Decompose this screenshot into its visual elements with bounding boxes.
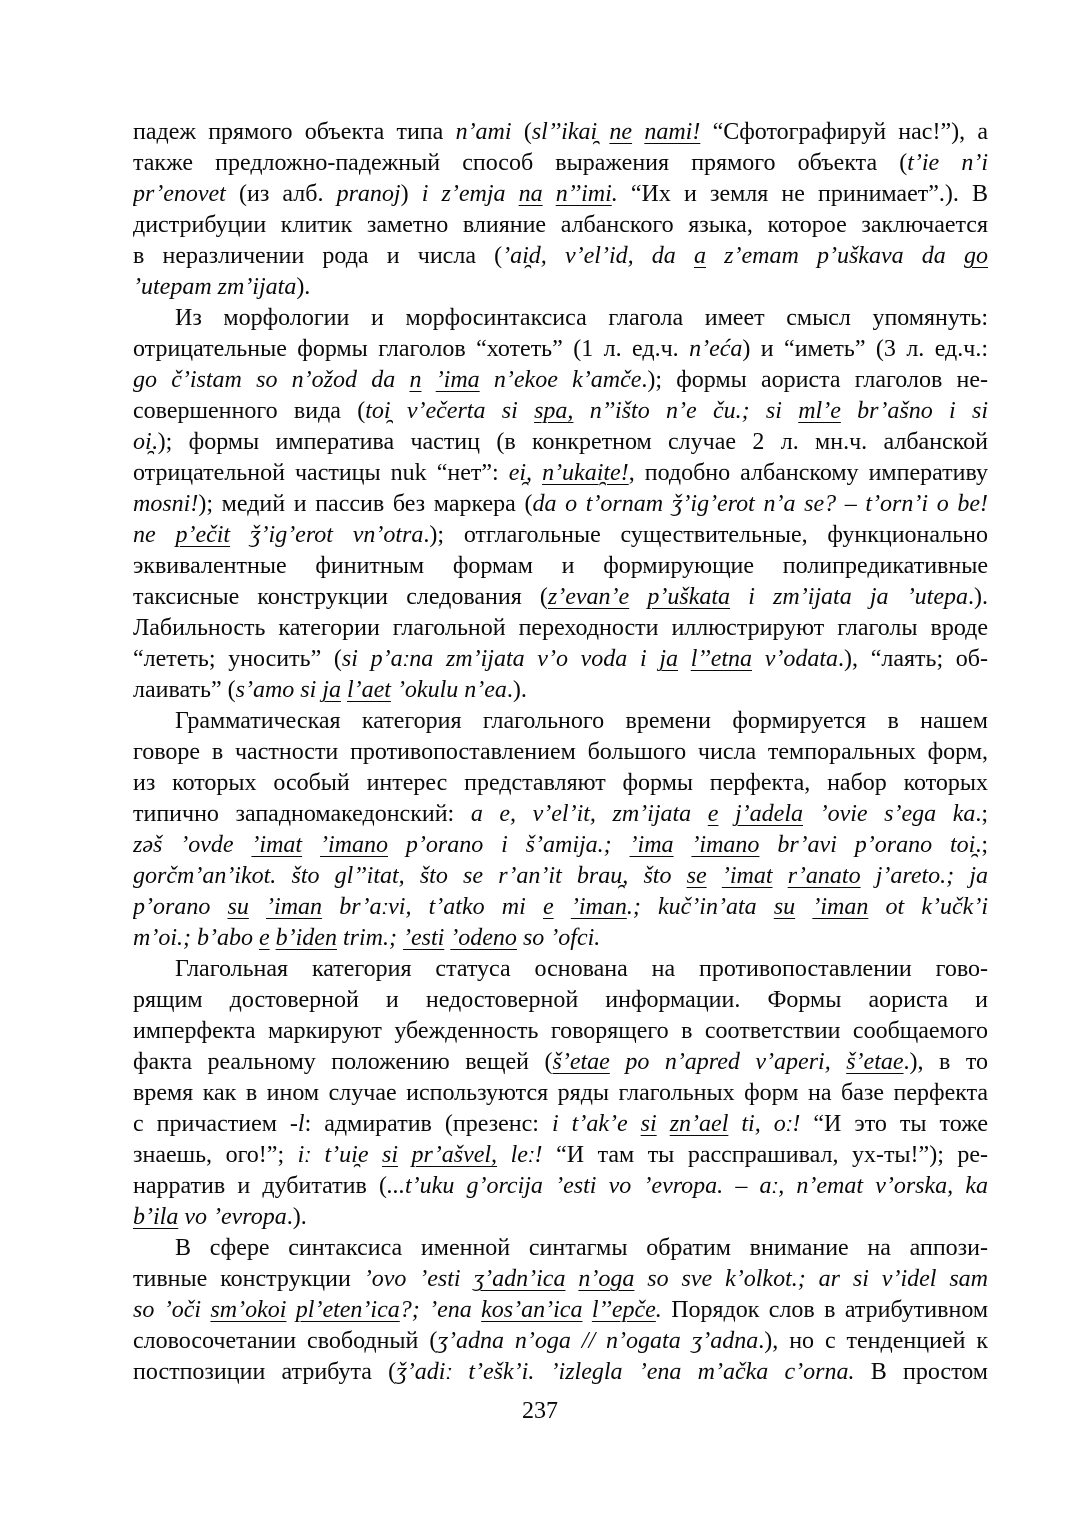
text-run bbox=[657, 1111, 670, 1137]
paragraph: Из морфологии и морфосинтаксиса глагола … bbox=[133, 303, 988, 706]
text-run: Грамматическая категория глагольного вре… bbox=[175, 708, 988, 734]
text-line: go č’istam so n’ožod da n ’ima n’ekoe k’… bbox=[133, 365, 988, 396]
text-line: p’orano su ’iman br’aːvi, t’atko mi e ’i… bbox=[133, 892, 988, 923]
text-run: ...t’uku g’orcija ’esti vo ’evropa. – aː… bbox=[387, 1173, 988, 1199]
text-run: Лабильность категории глагольной переход… bbox=[133, 615, 988, 641]
text-run: mosni! bbox=[133, 491, 198, 517]
text-line: “лететь; уносить” (si p’aːna zm’ijata v’… bbox=[133, 644, 988, 675]
text-run: отрицательной частицы nuk “нет”: bbox=[133, 460, 509, 486]
text-run: ’odeno bbox=[450, 925, 517, 951]
text-line: нарратив и дубитатив (...t’uku g’orcija … bbox=[133, 1171, 988, 1202]
text-line: отрицательные формы глаголов “хотеть” (1… bbox=[133, 334, 988, 365]
text-run: ’ai̯d, v’el’id, da bbox=[502, 243, 694, 269]
text-line: ne p’ečit ǯ’ig’erot vn’otra.); отглаголь… bbox=[133, 520, 988, 551]
text-run: p’orano bbox=[133, 894, 228, 920]
page-number: 237 bbox=[0, 1396, 1080, 1427]
document-page: падеж прямого объекта типа n’ami (sl’’ik… bbox=[0, 0, 1080, 1536]
text-run: n’oga bbox=[578, 1266, 634, 1292]
text-line: совершенного вида (toi̯ v’ečerta si spa,… bbox=[133, 396, 988, 427]
text-line: m’oi.; b’abo e b’iden trim.; ’esti ’oden… bbox=[133, 923, 988, 954]
text-run: se bbox=[687, 863, 707, 889]
text-run: pl’eten’ica bbox=[296, 1297, 400, 1323]
text-line: факта реальному положению вещей (š’etae … bbox=[133, 1047, 988, 1078]
text-run: .); формы императива частиц (в конкретно… bbox=[152, 429, 988, 455]
text-run: “Сфотографируй нас!”), а bbox=[700, 119, 988, 145]
text-run: si bbox=[382, 1142, 398, 1168]
text-line: постпозиции атрибута (ǯ’adiː t’ešk’i. ’i… bbox=[133, 1357, 988, 1388]
text-run: b’iden bbox=[276, 925, 337, 951]
text-run bbox=[543, 181, 556, 207]
text-run: “Их и земля не принимает”.). В bbox=[631, 181, 988, 207]
text-line: В сфере синтаксиса именной синтагмы обра… bbox=[133, 1233, 988, 1264]
text-line: отрицательной частицы nuk “нет”: ei̯, n’… bbox=[133, 458, 988, 489]
text-run: В сфере синтаксиса именной синтагмы обра… bbox=[175, 1235, 988, 1261]
paragraph: падеж прямого объекта типа n’ami (sl’’ik… bbox=[133, 117, 988, 303]
text-run: ʒ’adn’ica bbox=[474, 1266, 566, 1292]
text-run: š’etae bbox=[846, 1049, 903, 1075]
text-run: ) и “иметь” (3 л. ед.ч.: bbox=[742, 336, 988, 362]
text-line: падеж прямого объекта типа n’ami (sl’’ik… bbox=[133, 117, 988, 148]
text-run: z’emam p’uškava da bbox=[706, 243, 964, 269]
text-run: ’ovie s’ega ka bbox=[803, 801, 975, 827]
text-run: pr’enovet bbox=[133, 181, 226, 207]
text-run: также предложно-падежный способ выражени… bbox=[133, 150, 907, 176]
text-run: n’ami bbox=[456, 119, 512, 145]
text-run: говоре в частности противопоставлением б… bbox=[133, 739, 988, 765]
text-run: ’iman bbox=[266, 894, 322, 920]
text-run: si p’aːna zm’ijata v’o voda i bbox=[342, 646, 659, 672]
text-line: словосочетании свободный (ʒ’adna n’oga /… bbox=[133, 1326, 988, 1357]
text-run: trim.; bbox=[337, 925, 403, 951]
text-run: ’utepam zm’ijata bbox=[133, 274, 296, 300]
text-run: ne bbox=[133, 522, 175, 548]
text-run bbox=[286, 1297, 295, 1323]
text-run: n’eća bbox=[689, 336, 742, 362]
text-run: spa, bbox=[534, 398, 573, 424]
text-run: ja bbox=[322, 677, 341, 703]
text-run: .). bbox=[287, 1204, 307, 1230]
text-run: p’orano i š’amija.; bbox=[388, 832, 630, 858]
text-run: z’evan’e bbox=[548, 584, 629, 610]
text-run: n’ekoe k’amče bbox=[480, 367, 642, 393]
text-run: t’ie n’i bbox=[907, 150, 988, 176]
text-run: таксисные конструкции следования ( bbox=[133, 584, 548, 610]
text-line: b’ila vo ’evropa.). bbox=[133, 1202, 988, 1233]
text-line: лаивать” (s’amo si ja l’aet ’okulu n’ea.… bbox=[133, 675, 988, 706]
text-run: ’ovo ’esti bbox=[364, 1266, 474, 1292]
text-run: vo ’evropa bbox=[178, 1204, 286, 1230]
text-run: pr’ašvel, bbox=[412, 1142, 498, 1168]
text-run: .), но с тенденцией к bbox=[758, 1328, 988, 1354]
text-run: r’anato bbox=[788, 863, 861, 889]
text-run: факта реальному положению вещей ( bbox=[133, 1049, 553, 1075]
text-line: имперфекта маркируют убежденность говоря… bbox=[133, 1016, 988, 1047]
text-run: ( bbox=[512, 119, 532, 145]
text-run: ’imat bbox=[722, 863, 773, 889]
text-run: время как в ином случае используются ряд… bbox=[133, 1080, 988, 1106]
text-run: рящим достоверной и недостоверной информ… bbox=[133, 987, 988, 1013]
text-run: n’’išto n’e ču.; si bbox=[573, 398, 798, 424]
text-run: so sve k’olkot.; ar si v’idel sam bbox=[634, 1266, 988, 1292]
text-run: so ’ofci. bbox=[517, 925, 600, 951]
text-line: so ’oči sm’okoi pl’eten’ica?; ’ena kos’a… bbox=[133, 1295, 988, 1326]
text-run bbox=[795, 894, 812, 920]
text-run: . bbox=[656, 1297, 671, 1323]
text-run: š’etae bbox=[553, 1049, 610, 1075]
text-run: ǯ’adiː t’ešk’i. ’izlegla ’ena m’ačka c’o… bbox=[396, 1359, 871, 1385]
text-run: постпозиции атрибута ( bbox=[133, 1359, 396, 1385]
text-run: типично западномакедонский: bbox=[133, 801, 471, 827]
text-run: pranoj bbox=[337, 181, 401, 207]
text-run: p’ečit bbox=[175, 522, 230, 548]
text-run: .; bbox=[975, 801, 988, 827]
text-run: .), в то bbox=[904, 1049, 988, 1075]
text-run: j’adela bbox=[735, 801, 803, 827]
text-line: таксисные конструкции следования (z’evan… bbox=[133, 582, 988, 613]
text-run: go č’istam so n’ožod da bbox=[133, 367, 409, 393]
text-run bbox=[302, 832, 320, 858]
text-run: ’iman bbox=[571, 894, 627, 920]
text-run: словосочетании свободный ( bbox=[133, 1328, 437, 1354]
text-run: a bbox=[694, 243, 706, 269]
text-run: i z’emja bbox=[422, 181, 519, 207]
text-run: kos’an’ica bbox=[481, 1297, 582, 1323]
text-line: oi̯.); формы императива частиц (в конкре… bbox=[133, 427, 988, 458]
text-run: из которых особый интерес представляют ф… bbox=[133, 770, 988, 796]
text-run: .). bbox=[968, 584, 988, 610]
text-line: с причастием -l: адмиратив (презенс: i t… bbox=[133, 1109, 988, 1140]
text-run: zəš ’ovde bbox=[133, 832, 251, 858]
text-run: s’amo si bbox=[236, 677, 323, 703]
text-run: n’’imi bbox=[556, 181, 612, 207]
text-run: совершенного вида ( bbox=[133, 398, 365, 424]
text-run: ei̯, bbox=[509, 460, 542, 486]
text-line: Лабильность категории глагольной переход… bbox=[133, 613, 988, 644]
text-line: знаешь, ого!”; iː t’ui̯e si pr’ašvel, le… bbox=[133, 1140, 988, 1171]
text-run: ’imano bbox=[691, 832, 759, 858]
text-run: e bbox=[543, 894, 554, 920]
text-line: pr’enovet (из алб. pranoj) i z’emja na n… bbox=[133, 179, 988, 210]
text-run: знаешь, ого!”; bbox=[133, 1142, 298, 1168]
text-run: В простом bbox=[871, 1359, 988, 1385]
text-run: ); медий и пассив без маркера ( bbox=[198, 491, 532, 517]
text-run bbox=[421, 367, 435, 393]
text-run: so ’oči bbox=[133, 1297, 210, 1323]
text-line: zəš ’ovde ’imat ’imano p’orano i š’amija… bbox=[133, 830, 988, 861]
text-run: ’esti bbox=[403, 925, 444, 951]
text-run: l’’etna bbox=[691, 646, 752, 672]
text-run: leː! bbox=[497, 1142, 543, 1168]
text-line: дистрибуции клитик заметно влияние албан… bbox=[133, 210, 988, 241]
text-line: типично западномакедонский: a e, v’el’it… bbox=[133, 799, 988, 830]
text-run: .; bbox=[975, 832, 988, 858]
text-line: ’utepam zm’ijata). bbox=[133, 272, 988, 303]
text-run: имперфекта маркируют убежденность говоря… bbox=[133, 1018, 988, 1044]
text-run: в неразличении рода и числа ( bbox=[133, 243, 502, 269]
text-run: m’oi.; b’abo bbox=[133, 925, 259, 951]
text-run: с причастием - bbox=[133, 1111, 298, 1137]
text-run: oi̯ bbox=[133, 429, 152, 455]
text-run: n’ukai̯te! bbox=[542, 460, 629, 486]
text-run: iː t’ui̯e bbox=[298, 1142, 382, 1168]
text-run: l’aet bbox=[347, 677, 391, 703]
text-run: ’ima bbox=[436, 367, 480, 393]
text-run: toi̯ v’ečerta si bbox=[365, 398, 534, 424]
text-run: j’areto.; ja bbox=[861, 863, 988, 889]
text-run: br’aːvi, t’atko mi bbox=[322, 894, 543, 920]
text-run: si bbox=[641, 1111, 657, 1137]
text-run: отрицательные формы глаголов “хотеть” (1… bbox=[133, 336, 689, 362]
text-run: “лететь; уносить” ( bbox=[133, 646, 342, 672]
text-run: “И это ты тоже bbox=[800, 1111, 988, 1137]
text-run bbox=[678, 646, 691, 672]
text-run: ’okulu n’ea bbox=[391, 677, 507, 703]
text-run: ǯ’ig’erot vn’otra bbox=[230, 522, 423, 548]
paragraph: Грамматическая категория глагольного вре… bbox=[133, 706, 988, 954]
text-run: i t’ak’e bbox=[552, 1111, 641, 1137]
text-run bbox=[565, 1266, 578, 1292]
text-run bbox=[773, 863, 788, 889]
text-run: da o t’ornam ǯ’ig’erot n’a se? – t’orn’i… bbox=[532, 491, 988, 517]
text-run: дистрибуции клитик заметно влияние албан… bbox=[133, 212, 988, 238]
text-run: b’ila bbox=[133, 1204, 178, 1230]
text-run: ) bbox=[401, 181, 422, 207]
text-run: l’’epče bbox=[592, 1297, 656, 1323]
paragraph: В сфере синтаксиса именной синтагмы обра… bbox=[133, 1233, 988, 1388]
text-run: нарратив и дубитатив ( bbox=[133, 1173, 387, 1199]
text-run: . bbox=[612, 181, 631, 207]
text-line: говоре в частности противопоставлением б… bbox=[133, 737, 988, 768]
paragraph: Глагольная категория статуса основана на… bbox=[133, 954, 988, 1233]
text-run bbox=[718, 801, 735, 827]
text-run: e bbox=[259, 925, 270, 951]
text-run bbox=[554, 894, 571, 920]
text-line: рящим достоверной и недостоверной информ… bbox=[133, 985, 988, 1016]
text-line: gorčm’an’ikot. što gl’’itat, što se r’an… bbox=[133, 861, 988, 892]
text-line: из которых особый интерес представляют ф… bbox=[133, 768, 988, 799]
text-run: тивные конструкции bbox=[133, 1266, 364, 1292]
text-run: e bbox=[708, 801, 719, 827]
text-run: sm’okoi bbox=[210, 1297, 286, 1323]
text-run: : адмиратив (презенс: bbox=[305, 1111, 552, 1137]
text-run: br’avi p’orano toi̯ bbox=[759, 832, 975, 858]
text-run: v’odata bbox=[752, 646, 838, 672]
text-line: Грамматическая категория глагольного вре… bbox=[133, 706, 988, 737]
text-run: ʒ’adna n’oga // n’ogata ʒ’adna bbox=[437, 1328, 758, 1354]
text-run: ja bbox=[659, 646, 678, 672]
text-run: ). bbox=[296, 274, 310, 300]
text-run bbox=[632, 119, 644, 145]
text-line: Глагольная категория статуса основана на… bbox=[133, 954, 988, 985]
text-run: su bbox=[228, 894, 249, 920]
text-run: ?; ’ena bbox=[400, 1297, 481, 1323]
text-run: .); формы аориста глаголов не- bbox=[641, 367, 988, 393]
text-run: sl’’ikai̯ bbox=[532, 119, 610, 145]
text-block: падеж прямого объекта типа n’ami (sl’’ik… bbox=[133, 117, 988, 1388]
text-run: a e, v’el’it, zm’ijata bbox=[471, 801, 708, 827]
text-line: также предложно-падежный способ выражени… bbox=[133, 148, 988, 179]
text-run: ’iman bbox=[812, 894, 868, 920]
text-run: .), “лаять; об- bbox=[838, 646, 988, 672]
text-run: “И там ты расспрашивал, ух-ты!”); ре- bbox=[543, 1142, 988, 1168]
text-run: ne bbox=[609, 119, 632, 145]
text-run: n bbox=[409, 367, 421, 393]
text-run: i zm’ijata ja ’utepa bbox=[730, 584, 968, 610]
text-line: в неразличении рода и числа (’ai̯d, v’el… bbox=[133, 241, 988, 272]
text-run bbox=[249, 894, 266, 920]
text-run: l bbox=[298, 1111, 305, 1137]
text-run: ot k’učk’i bbox=[868, 894, 988, 920]
text-line: Из морфологии и морфосинтаксиса глагола … bbox=[133, 303, 988, 334]
text-run: ’ima bbox=[630, 832, 674, 858]
text-run bbox=[674, 832, 692, 858]
text-run: Из морфологии и морфосинтаксиса глагола … bbox=[175, 305, 988, 331]
text-run: gorčm’an’ikot. što gl’’itat, što se r’an… bbox=[133, 863, 687, 889]
text-run: ’imano bbox=[320, 832, 388, 858]
text-run: su bbox=[774, 894, 795, 920]
text-line: время как в ином случае используются ряд… bbox=[133, 1078, 988, 1109]
text-run: (из алб. bbox=[226, 181, 337, 207]
text-run: na bbox=[519, 181, 543, 207]
text-line: тивные конструкции ’ovo ’esti ʒ’adn’ica … bbox=[133, 1264, 988, 1295]
text-run: .); отглагольные существительные, функци… bbox=[423, 522, 988, 548]
text-run: падеж прямого объекта типа bbox=[133, 119, 456, 145]
text-run bbox=[707, 863, 722, 889]
text-run: ’imat bbox=[251, 832, 302, 858]
text-run: br’ašno i si bbox=[841, 398, 988, 424]
text-run bbox=[629, 584, 647, 610]
text-run: лаивать” ( bbox=[133, 677, 236, 703]
text-run bbox=[582, 1297, 591, 1323]
text-run: ti, oː! bbox=[728, 1111, 800, 1137]
text-line: mosni!); медий и пассив без маркера (da … bbox=[133, 489, 988, 520]
text-run: go bbox=[964, 243, 988, 269]
text-line: эквивалентные финитным формам и формирую… bbox=[133, 551, 988, 582]
text-run: Порядок слов в атрибутивном bbox=[671, 1297, 988, 1323]
text-run: , подобно албанскому императиву bbox=[629, 460, 988, 486]
text-run: .; kuč’in’ata bbox=[627, 894, 774, 920]
text-run: po n’apred v’aperi, bbox=[610, 1049, 846, 1075]
text-run: Глагольная категория статуса основана на… bbox=[175, 956, 988, 982]
text-run: эквивалентные финитным формам и формирую… bbox=[133, 553, 988, 579]
text-run bbox=[398, 1142, 412, 1168]
text-run: .). bbox=[507, 677, 527, 703]
text-run: nami! bbox=[644, 119, 700, 145]
text-run: ml’e bbox=[798, 398, 841, 424]
text-run: zn’ael bbox=[670, 1111, 729, 1137]
text-run: p’uškata bbox=[647, 584, 730, 610]
